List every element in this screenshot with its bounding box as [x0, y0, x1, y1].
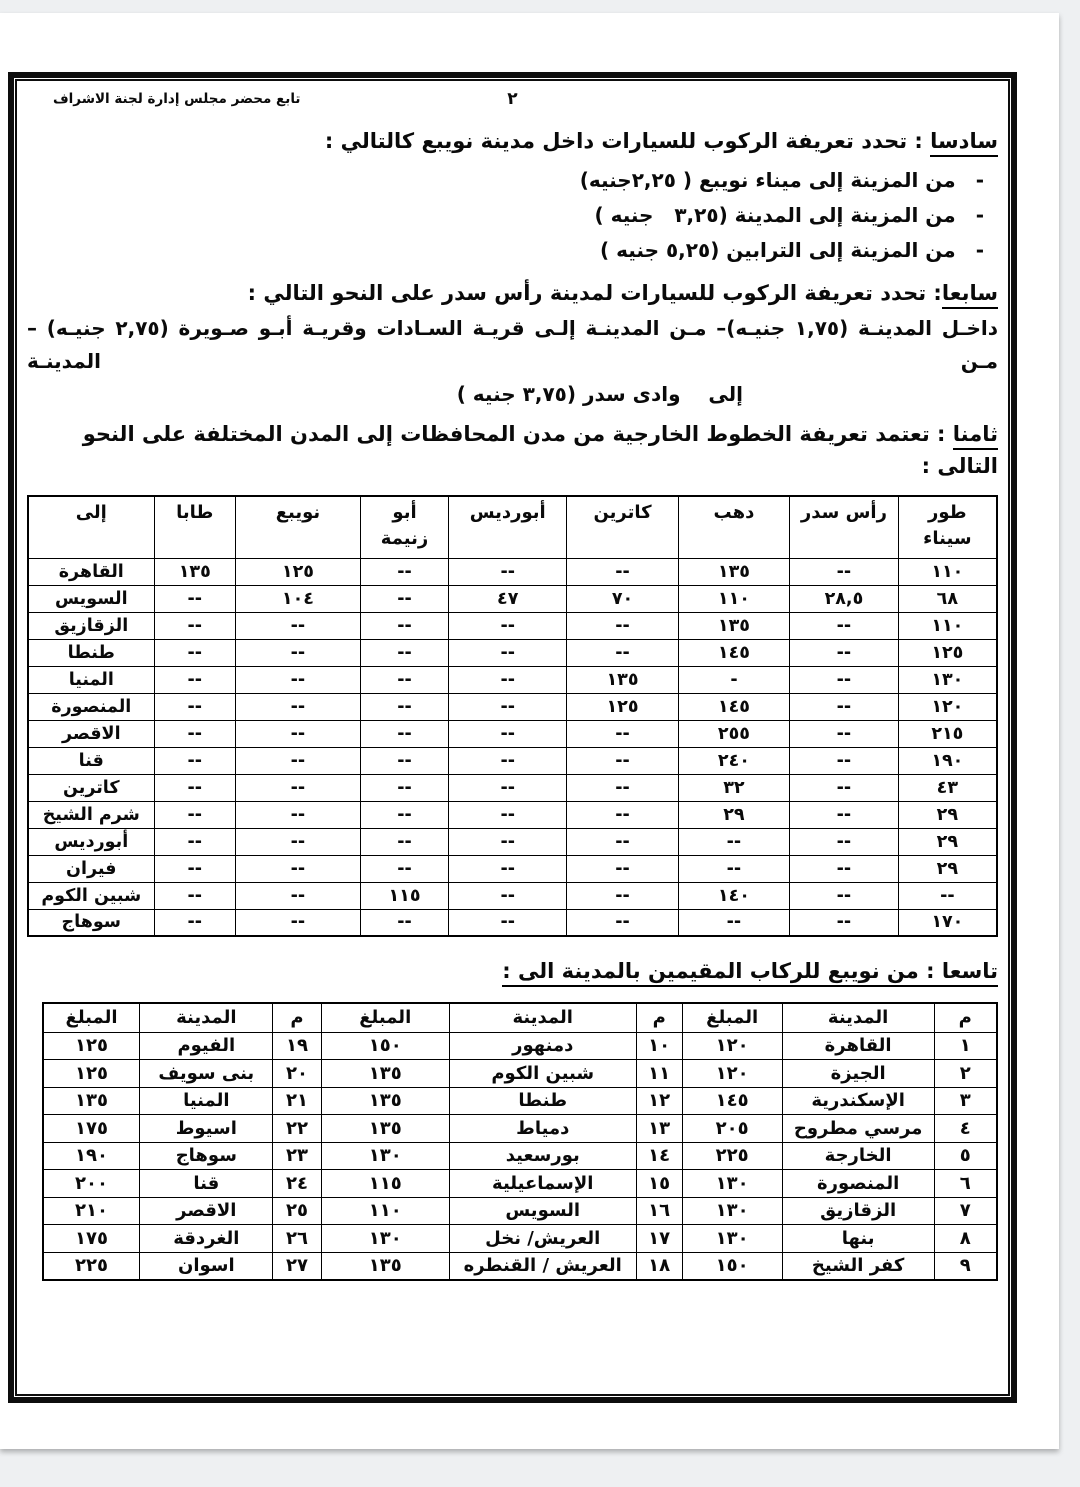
- table-cell: ٣٢: [678, 774, 789, 801]
- table-cell: --: [360, 909, 448, 936]
- table-cell: شبين الكوم: [449, 1060, 636, 1088]
- table-row: ٤مرسي مطروح٢٠٥١٣دمياط١٣٥٢٢اسيوط١٧٥: [43, 1115, 997, 1143]
- table-cell: ١٤٠: [678, 882, 789, 909]
- table-cell: ٢٠: [273, 1060, 322, 1088]
- table-cell: بورسعيد: [449, 1142, 636, 1170]
- table-cell: القاهرة: [28, 558, 154, 585]
- table-cell: --: [154, 855, 235, 882]
- table-cell: --: [567, 612, 678, 639]
- table-cell: ١: [934, 1032, 997, 1060]
- table-cell: ٩: [934, 1252, 997, 1280]
- table-cell: --: [154, 720, 235, 747]
- table-cell: ١٢٥: [898, 639, 997, 666]
- table-cell: ١٢٠: [682, 1060, 782, 1088]
- table-cell: --: [360, 720, 448, 747]
- table-cell: الغردقة: [140, 1225, 273, 1253]
- table-cell: ١٣٠: [682, 1225, 782, 1253]
- table-row: ٢٩--------------فيران: [28, 855, 997, 882]
- table-cell: --: [360, 801, 448, 828]
- table-cell: ١٩٠: [898, 747, 997, 774]
- column-header: نويبع: [235, 496, 360, 558]
- page-border: تابع محضر مجلس إدارة لجنة الاشراف ٢ سادس…: [8, 72, 1017, 1403]
- table-row: ٦المنصورة١٣٠١٥الإسماعيلية١١٥٢٤قنا٢٠٠: [43, 1170, 997, 1198]
- table-cell: --: [790, 639, 899, 666]
- column-header: رأس سدر: [790, 496, 899, 558]
- table-cell: الزقازيق: [28, 612, 154, 639]
- table-cell: ١٢٥: [567, 693, 678, 720]
- dash-bullet-icon: -: [976, 198, 984, 233]
- table-cell: --: [449, 720, 567, 747]
- table-cell: --: [449, 693, 567, 720]
- table-cell: --: [790, 666, 899, 693]
- table-cell: فيران: [28, 855, 154, 882]
- column-header: كاترين: [567, 496, 678, 558]
- table-cell: ١٣: [636, 1115, 682, 1143]
- table-cell: ٢: [934, 1060, 997, 1088]
- table-cell: ١٧: [636, 1225, 682, 1253]
- table-row: ٢٩--٢٩----------شرم الشيخ: [28, 801, 997, 828]
- column-header: المدينة: [140, 1003, 273, 1032]
- column-header: المبلغ: [682, 1003, 782, 1032]
- table-cell: --: [235, 774, 360, 801]
- dash-bullet-icon: -: [976, 233, 984, 268]
- list-item-text: من المزينة إلى الترابين (٥,٢٥ جنيه ): [600, 238, 956, 262]
- table-cell: --: [567, 882, 678, 909]
- table-cell: --: [790, 882, 899, 909]
- table-cell: سوهاج: [140, 1142, 273, 1170]
- table-cell: --: [360, 774, 448, 801]
- column-header: م: [273, 1003, 322, 1032]
- list-item-text: من المزينة إلى ميناء نويبع ( ٢,٢٥جنيه): [580, 168, 956, 192]
- table-cell: ٢٨,٥: [790, 585, 899, 612]
- table-cell: --: [678, 909, 789, 936]
- document-page: تابع محضر مجلس إدارة لجنة الاشراف ٢ سادس…: [0, 13, 1059, 1449]
- table-cell: ١١٠: [898, 558, 997, 585]
- section-six-title: : تحدد تعريفة الركوب للسيارات داخل مدينة…: [325, 129, 930, 153]
- table-cell: --: [449, 558, 567, 585]
- table-cell: -: [678, 666, 789, 693]
- column-header: طابا: [154, 496, 235, 558]
- table-cell: ٤: [934, 1115, 997, 1143]
- table-cell: قنا: [28, 747, 154, 774]
- table-cell: المنيا: [140, 1087, 273, 1115]
- table-cell: ١١٠: [678, 585, 789, 612]
- section-nine-title: تاسعا : من نويبع للركاب المقيمين بالمدين…: [502, 959, 998, 987]
- table-cell: ٢٥٥: [678, 720, 789, 747]
- table-cell: --: [790, 558, 899, 585]
- table-cell: قنا: [140, 1170, 273, 1198]
- table-cell: المنصورة: [782, 1170, 934, 1198]
- table-cell: --: [449, 612, 567, 639]
- table-cell: ٢٦: [273, 1225, 322, 1253]
- table-cell: ١٣٠: [321, 1225, 449, 1253]
- table-cell: ١١٠: [321, 1197, 449, 1225]
- table-row: ١٢٥--١٤٥----------طنطا: [28, 639, 997, 666]
- table-cell: --: [449, 666, 567, 693]
- table-cell: --: [360, 612, 448, 639]
- table-cell: --: [567, 909, 678, 936]
- table-cell: ١٥: [636, 1170, 682, 1198]
- column-header: أبورديس: [449, 496, 567, 558]
- table-cell: --: [360, 639, 448, 666]
- table-cell: --: [154, 828, 235, 855]
- table-cell: ١٤٥: [678, 693, 789, 720]
- table-cell: --: [449, 639, 567, 666]
- table-cell: --: [567, 720, 678, 747]
- column-header: المدينة: [782, 1003, 934, 1032]
- table-cell: ١٧٠: [898, 909, 997, 936]
- table-cell: ١٣٠: [321, 1142, 449, 1170]
- table-cell: ١٣٥: [154, 558, 235, 585]
- table-cell: ١٢٥: [235, 558, 360, 585]
- table-cell: --: [790, 909, 899, 936]
- table-cell: --: [154, 774, 235, 801]
- table-cell: ١٢٠: [682, 1032, 782, 1060]
- table-cell: ٨: [934, 1225, 997, 1253]
- table-cell: ١٣٥: [321, 1087, 449, 1115]
- table-cell: الاقصر: [28, 720, 154, 747]
- table-cell: --: [678, 828, 789, 855]
- table-cell: ٤٣: [898, 774, 997, 801]
- table-cell: ١٢٥: [43, 1032, 140, 1060]
- table-cell: ٤٧: [449, 585, 567, 612]
- table-cell: --: [360, 558, 448, 585]
- table-cell: ١٤٥: [682, 1087, 782, 1115]
- table-cell: --: [790, 855, 899, 882]
- page-content: سادسا : تحدد تعريفة الركوب للسيارات داخل…: [27, 125, 998, 1281]
- table-cell: الجيزة: [782, 1060, 934, 1088]
- table-row: ٢الجيزة١٢٠١١شبين الكوم١٣٥٢٠بنى سويف١٢٥: [43, 1060, 997, 1088]
- table-cell: ٢٣: [273, 1142, 322, 1170]
- list-item: -من المزينة إلى الترابين (٥,٢٥ جنيه ): [27, 233, 984, 268]
- section-seven-label: سابعا: [942, 281, 998, 309]
- table-cell: دمياط: [449, 1115, 636, 1143]
- table-cell: ٧٠: [567, 585, 678, 612]
- list-item-text: من المزينة إلى المدينة (٣,٢٥ جنيه ): [594, 203, 955, 227]
- section-seven-paragraph-line2: إلى وادى سدر (٣,٧٥ جنيه ): [27, 378, 998, 411]
- table-cell: --: [567, 639, 678, 666]
- table-cell: --: [154, 585, 235, 612]
- table-cell: ١١٠: [898, 612, 997, 639]
- table-cell: الإسماعيلية: [449, 1170, 636, 1198]
- column-header: طور سيناء: [898, 496, 997, 558]
- table-cell: ١٣٥: [567, 666, 678, 693]
- table-cell: ١٥٠: [682, 1252, 782, 1280]
- table-cell: ١٣٥: [43, 1087, 140, 1115]
- table-cell: --: [790, 720, 899, 747]
- table-row: ١٢٠--١٤٥١٢٥--------المنصورة: [28, 693, 997, 720]
- table-cell: ٢٩: [678, 801, 789, 828]
- section-seven-paragraph-line1: داخـل المدينـة (١,٧٥ جنيـه)– مـن المدينـ…: [27, 312, 998, 378]
- column-header: المدينة: [449, 1003, 636, 1032]
- section-nine-heading: تاسعا : من نويبع للركاب المقيمين بالمدين…: [27, 955, 998, 987]
- table-cell: العريش / القنطره: [449, 1252, 636, 1280]
- table-cell: --: [235, 882, 360, 909]
- page-border-inner: تابع محضر مجلس إدارة لجنة الاشراف ٢ سادس…: [15, 79, 1010, 1396]
- table-cell: --: [235, 693, 360, 720]
- table-cell: شبين الكوم: [28, 882, 154, 909]
- section-six-label: سادسا: [930, 129, 998, 157]
- table-cell: --: [360, 693, 448, 720]
- table-cell: ٢٩: [898, 801, 997, 828]
- table-cell: --: [449, 828, 567, 855]
- table-cell: ١٧٥: [43, 1115, 140, 1143]
- table-cell: طنطا: [28, 639, 154, 666]
- table-cell: --: [235, 801, 360, 828]
- table-cell: الإسكندرية: [782, 1087, 934, 1115]
- page-number: ٢: [27, 89, 998, 109]
- list-item: -من المزينة إلى المدينة (٣,٢٥ جنيه ): [27, 198, 984, 233]
- table-cell: --: [898, 882, 997, 909]
- section-six-list: -من المزينة إلى ميناء نويبع ( ٢,٢٥جنيه) …: [27, 163, 998, 268]
- table-cell: --: [449, 774, 567, 801]
- table-row: ٥الخارجة٢٢٥١٤بورسعيد١٣٠٢٣سوهاج١٩٠: [43, 1142, 997, 1170]
- table-cell: السويس: [449, 1197, 636, 1225]
- page-header: تابع محضر مجلس إدارة لجنة الاشراف ٢: [27, 85, 998, 111]
- section-six-heading: سادسا : تحدد تعريفة الركوب للسيارات داخل…: [27, 125, 998, 157]
- table-cell: --: [154, 747, 235, 774]
- table-cell: القاهرة: [782, 1032, 934, 1060]
- table-cell: --: [449, 882, 567, 909]
- column-header: المبلغ: [43, 1003, 140, 1032]
- table-cell: ٢٢: [273, 1115, 322, 1143]
- table-row: ١٣٠---١٣٥--------المنيا: [28, 666, 997, 693]
- table-cell: ٢٤٠: [678, 747, 789, 774]
- table-row: ١٩٠--٢٤٠----------قنا: [28, 747, 997, 774]
- table-cell: ١٦: [636, 1197, 682, 1225]
- table-row: ٤٣--٣٢----------كاترين: [28, 774, 997, 801]
- table-cell: --: [360, 828, 448, 855]
- table-cell: --: [449, 909, 567, 936]
- table-cell: ١٣٠: [682, 1170, 782, 1198]
- table-cell: شرم الشيخ: [28, 801, 154, 828]
- table-cell: ١٣٥: [321, 1115, 449, 1143]
- table-cell: ١٣٥: [321, 1060, 449, 1088]
- table-row: ----١٤٠----١١٥----شبين الكوم: [28, 882, 997, 909]
- table-cell: ٢٩: [898, 855, 997, 882]
- table-row: ١القاهرة١٢٠١٠دمنهور١٥٠١٩الفيوم١٢٥: [43, 1032, 997, 1060]
- table-row: ٣الإسكندرية١٤٥١٢طنطا١٣٥٢١المنيا١٣٥: [43, 1087, 997, 1115]
- table-cell: ١٤: [636, 1142, 682, 1170]
- table-cell: ١٢٥: [43, 1060, 140, 1088]
- table-cell: ١٨: [636, 1252, 682, 1280]
- table-cell: ١٣٥: [678, 612, 789, 639]
- table-cell: ١٣٥: [678, 558, 789, 585]
- nuweiba-residents-fares-table: م المدينة المبلغ م المدينة المبلغ م المد…: [42, 1002, 998, 1281]
- table-cell: --: [235, 747, 360, 774]
- table-cell: كاترين: [28, 774, 154, 801]
- table-row: ٨بنها١٣٠١٧العريش/ نخل١٣٠٢٦الغردقة١٧٥: [43, 1225, 997, 1253]
- table-cell: ٦٨: [898, 585, 997, 612]
- table-cell: --: [567, 774, 678, 801]
- table-cell: ١١٥: [360, 882, 448, 909]
- table-cell: --: [154, 666, 235, 693]
- table-cell: --: [790, 828, 899, 855]
- section-eight-heading: ثامنا : تعتمد تعريفة الخطوط الخارجية من …: [27, 418, 998, 482]
- column-header: م: [636, 1003, 682, 1032]
- table-cell: المنصورة: [28, 693, 154, 720]
- table-cell: ٦: [934, 1170, 997, 1198]
- table-cell: --: [360, 855, 448, 882]
- table-row: ٩كفر الشيخ١٥٠١٨العريش / القنطره١٣٥٢٧اسوا…: [43, 1252, 997, 1280]
- table-cell: الفيوم: [140, 1032, 273, 1060]
- table-cell: ١٤٥: [678, 639, 789, 666]
- table-row: ٢١٥--٢٥٥----------الاقصر: [28, 720, 997, 747]
- table-cell: --: [567, 828, 678, 855]
- table-header-row: م المدينة المبلغ م المدينة المبلغ م المد…: [43, 1003, 997, 1032]
- table-row: ٦٨٢٨,٥١١٠٧٠٤٧--١٠٤--السويس: [28, 585, 997, 612]
- table-cell: السويس: [28, 585, 154, 612]
- table-cell: ١٣٥: [321, 1252, 449, 1280]
- table-cell: بنى سويف: [140, 1060, 273, 1088]
- table-row: ٢٩--------------أبورديس: [28, 828, 997, 855]
- table-cell: ١٩: [273, 1032, 322, 1060]
- table-cell: الزقازيق: [782, 1197, 934, 1225]
- table-cell: --: [235, 720, 360, 747]
- table-cell: الخارجة: [782, 1142, 934, 1170]
- table-cell: --: [154, 801, 235, 828]
- table-cell: ١١: [636, 1060, 682, 1088]
- section-seven-heading: سابعا: تحدد تعريفة الركوب للسيارات لمدين…: [27, 277, 998, 309]
- table-cell: اسوان: [140, 1252, 273, 1280]
- table-cell: الاقصر: [140, 1197, 273, 1225]
- table-cell: ٥: [934, 1142, 997, 1170]
- table-cell: --: [154, 909, 235, 936]
- section-eight-title: : تعتمد تعريفة الخطوط الخارجية من مدن ال…: [83, 422, 998, 478]
- table-cell: ٢٠٠: [43, 1170, 140, 1198]
- table-cell: --: [449, 747, 567, 774]
- column-header: أبو زنيمة: [360, 496, 448, 558]
- table-cell: ١٧٥: [43, 1225, 140, 1253]
- external-lines-fares-table: طور سيناء رأس سدر دهب كاترين أبورديس أبو…: [27, 495, 998, 937]
- table-cell: --: [360, 666, 448, 693]
- list-item: -من المزينة إلى ميناء نويبع ( ٢,٢٥جنيه): [27, 163, 984, 198]
- table-cell: --: [154, 693, 235, 720]
- table-cell: --: [360, 585, 448, 612]
- column-header: م: [934, 1003, 997, 1032]
- table-header-row: طور سيناء رأس سدر دهب كاترين أبورديس أبو…: [28, 496, 997, 558]
- table-cell: --: [567, 801, 678, 828]
- table-cell: ٢١٠: [43, 1197, 140, 1225]
- table-cell: المنيا: [28, 666, 154, 693]
- table-cell: --: [449, 801, 567, 828]
- table-cell: --: [449, 855, 567, 882]
- table-cell: أبورديس: [28, 828, 154, 855]
- table-cell: ٢١: [273, 1087, 322, 1115]
- table-cell: --: [235, 639, 360, 666]
- table-row: ١٧٠--------------سوهاج: [28, 909, 997, 936]
- table-cell: --: [790, 801, 899, 828]
- column-header: دهب: [678, 496, 789, 558]
- table-cell: طنطا: [449, 1087, 636, 1115]
- table-cell: --: [235, 909, 360, 936]
- table-cell: ٢٥: [273, 1197, 322, 1225]
- section-seven-title: : تحدد تعريفة الركوب للسيارات لمدينة رأس…: [248, 281, 942, 305]
- table-cell: ٢٤: [273, 1170, 322, 1198]
- table-cell: ١٢٠: [898, 693, 997, 720]
- table-cell: --: [154, 882, 235, 909]
- table-cell: العريش/ نخل: [449, 1225, 636, 1253]
- table-cell: --: [567, 855, 678, 882]
- dash-bullet-icon: -: [976, 163, 984, 198]
- table-cell: ١٢: [636, 1087, 682, 1115]
- table-cell: --: [235, 666, 360, 693]
- table-cell: --: [567, 558, 678, 585]
- document-viewer: تابع محضر مجلس إدارة لجنة الاشراف ٢ سادس…: [0, 0, 1080, 1487]
- table-cell: ٢١٥: [898, 720, 997, 747]
- section-eight-label: ثامنا: [953, 422, 998, 450]
- table-cell: ٧: [934, 1197, 997, 1225]
- table-cell: ٢٢٥: [682, 1142, 782, 1170]
- table-cell: --: [235, 612, 360, 639]
- table-cell: ١١٥: [321, 1170, 449, 1198]
- table-cell: ١٩٠: [43, 1142, 140, 1170]
- table-cell: --: [235, 855, 360, 882]
- table-cell: ٢٠٥: [682, 1115, 782, 1143]
- table-cell: ١٣٠: [898, 666, 997, 693]
- table-cell: اسيوط: [140, 1115, 273, 1143]
- table-cell: --: [235, 828, 360, 855]
- table-cell: ١٣٠: [682, 1197, 782, 1225]
- column-header: إلى: [28, 496, 154, 558]
- table-cell: --: [154, 612, 235, 639]
- table-cell: --: [790, 612, 899, 639]
- table-cell: --: [567, 747, 678, 774]
- table-cell: ١٠٤: [235, 585, 360, 612]
- table-cell: ٢٢٥: [43, 1252, 140, 1280]
- table-cell: بنها: [782, 1225, 934, 1253]
- table-cell: --: [154, 639, 235, 666]
- table-cell: دمنهور: [449, 1032, 636, 1060]
- table-row: ١١٠--١٣٥----------الزقازيق: [28, 612, 997, 639]
- table-cell: ١٥٠: [321, 1032, 449, 1060]
- table-cell: --: [790, 693, 899, 720]
- table-row: ٧الزقازيق١٣٠١٦السويس١١٠٢٥الاقصر٢١٠: [43, 1197, 997, 1225]
- table-cell: --: [790, 747, 899, 774]
- table-cell: --: [360, 747, 448, 774]
- table-cell: ٢٩: [898, 828, 997, 855]
- table-cell: ١٠: [636, 1032, 682, 1060]
- table-cell: مرسي مطروح: [782, 1115, 934, 1143]
- table-cell: ٣: [934, 1087, 997, 1115]
- table-cell: --: [678, 855, 789, 882]
- table-cell: --: [790, 774, 899, 801]
- column-header: المبلغ: [321, 1003, 449, 1032]
- table-cell: كفر الشيخ: [782, 1252, 934, 1280]
- table-cell: سوهاج: [28, 909, 154, 936]
- table-cell: ٢٧: [273, 1252, 322, 1280]
- table-row: ١١٠--١٣٥------١٢٥١٣٥القاهرة: [28, 558, 997, 585]
